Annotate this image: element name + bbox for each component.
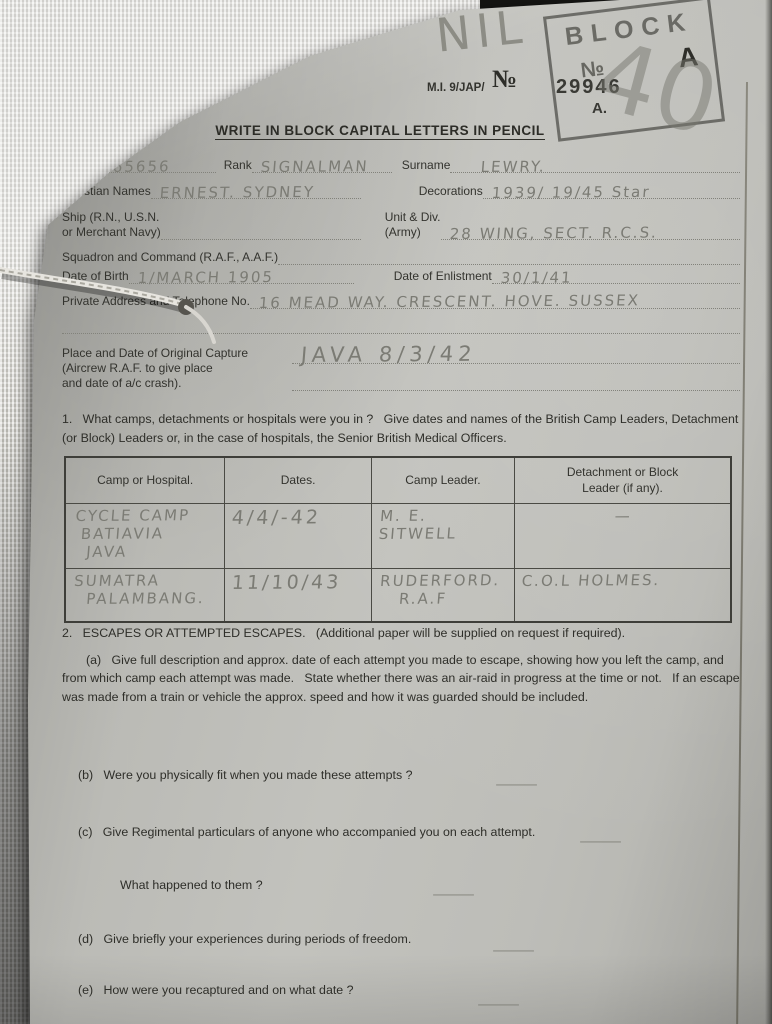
rank-field: SIGNALMAN bbox=[252, 157, 392, 173]
table-row: SUMATRA PALAMBANG. 11/10/43 RUDERFORD. R… bbox=[65, 569, 731, 623]
table-row: CYCLE CAMP BATIAVIA JAVA 4/4/-42 M. E. S… bbox=[65, 504, 731, 569]
service-no-field: 2365656 bbox=[81, 157, 216, 173]
camps-table: Camp or Hospital. Dates. Camp Leader. De… bbox=[64, 456, 732, 623]
service-no-label: No. bbox=[62, 158, 81, 173]
question-2c: (c) Give Regimental particulars of anyon… bbox=[78, 825, 535, 839]
question-2e: (e) How were you recaptured and on what … bbox=[78, 983, 354, 997]
paper-wrap: CONFIDENTIAL M.I. 9/JAP/ № 29946 A. BLOC… bbox=[0, 0, 772, 1024]
question-1: 1. What camps, detachments or hospitals … bbox=[62, 410, 740, 447]
capture-label: Place and Date of Original Capture (Airc… bbox=[62, 346, 292, 391]
decorations-label: Decorations bbox=[419, 184, 483, 199]
dates-value: 4/4/-42 bbox=[231, 507, 322, 530]
row-number-rank-surname: No. 2365656 Rank SIGNALMAN Surname LEWRY… bbox=[62, 157, 740, 173]
col-camp-or-hospital: Camp or Hospital. bbox=[65, 457, 225, 504]
unit-value: 28 WING, SECT. R.C.S. bbox=[449, 224, 659, 243]
leader-cell: RUDERFORD. R.A.F bbox=[371, 569, 514, 623]
question-2-section: 2. ESCAPES OR ATTEMPTED ESCAPES. (Additi… bbox=[62, 624, 740, 706]
unit-field: 28 WING, SECT. R.C.S. bbox=[441, 224, 741, 240]
enlistment-field: 30/1/41 bbox=[492, 268, 740, 284]
service-no-value: 2365656 bbox=[89, 157, 171, 176]
capture-field: JAVA 8/3/42 bbox=[292, 337, 740, 364]
particulars-section: No. 2365656 Rank SIGNALMAN Surname LEWRY… bbox=[62, 157, 740, 391]
camp-value: CYCLE CAMP BATIAVIA JAVA bbox=[72, 506, 191, 561]
unit-label: Unit & Div. (Army) bbox=[385, 210, 441, 240]
question-2d: (d) Give briefly your experiences during… bbox=[78, 932, 411, 946]
surname-label: Surname bbox=[402, 158, 451, 173]
enlistment-label: Date of Enlistment bbox=[394, 269, 492, 284]
form-page: CONFIDENTIAL M.I. 9/JAP/ № 29946 A. BLOC… bbox=[0, 0, 772, 1024]
decorations-field: 1939/ 19/45 Star bbox=[483, 183, 740, 199]
form-body: No. 2365656 Rank SIGNALMAN Surname LEWRY… bbox=[62, 62, 740, 1012]
camp-cell: CYCLE CAMP BATIAVIA JAVA bbox=[65, 504, 225, 569]
question-2-heading: 2. ESCAPES OR ATTEMPTED ESCAPES. (Additi… bbox=[62, 624, 740, 643]
dob-field: 1/MARCH 1905 bbox=[129, 268, 354, 284]
col-dates: Dates. bbox=[225, 457, 372, 504]
decorations-value: 1939/ 19/45 Star bbox=[491, 183, 651, 202]
row-capture: Place and Date of Original Capture (Airc… bbox=[62, 337, 740, 391]
question-2b: (b) Were you physically fit when you mad… bbox=[78, 768, 412, 782]
rank-label: Rank bbox=[224, 158, 252, 173]
row-address-continuation bbox=[62, 318, 740, 334]
address-field: 16 MEAD WAY. CRESCENT. HOVE. SUSSEX bbox=[250, 293, 740, 309]
pencil-dash-b: — bbox=[496, 774, 537, 794]
scanned-pow-questionnaire: CONFIDENTIAL M.I. 9/JAP/ № 29946 A. BLOC… bbox=[0, 0, 772, 1024]
leader-cell: M. E. SITWELL bbox=[371, 504, 514, 569]
row-squadron: Squadron and Command (R.A.F., A.A.F.) bbox=[62, 249, 740, 265]
address-label: Private Address and Telephone No. bbox=[62, 294, 250, 309]
christian-names-label: Christian Names bbox=[62, 184, 151, 199]
photo-right-edge bbox=[765, 0, 772, 1024]
pencil-dash-e: — bbox=[478, 994, 519, 1014]
pencil-dash-c: — bbox=[580, 831, 621, 851]
camp-cell: SUMATRA PALAMBANG. bbox=[65, 569, 225, 623]
ship-field bbox=[161, 224, 361, 240]
squadron-label: Squadron and Command (R.A.F., A.A.F.) bbox=[62, 250, 278, 265]
dob-value: 1/MARCH 1905 bbox=[137, 268, 275, 287]
capture-fields: JAVA 8/3/42 bbox=[292, 337, 740, 391]
squadron-field bbox=[278, 249, 740, 265]
detachment-value: C.O.L HOLMES. bbox=[521, 571, 661, 590]
address-continuation-line bbox=[62, 318, 740, 334]
camps-header-row: Camp or Hospital. Dates. Camp Leader. De… bbox=[65, 457, 731, 504]
pencil-nil-note: NIL bbox=[433, 0, 530, 63]
row-birth-enlistment: Date of Birth 1/MARCH 1905 Date of Enlis… bbox=[62, 268, 740, 284]
leader-value: RUDERFORD. R.A.F bbox=[378, 571, 501, 608]
col-detachment-leader: Detachment or Block Leader (if any). bbox=[515, 457, 731, 504]
dates-cell: 4/4/-42 bbox=[225, 504, 372, 569]
dob-label: Date of Birth bbox=[62, 269, 129, 284]
pencil-dash-d: — bbox=[493, 940, 534, 960]
dates-cell: 11/10/43 bbox=[225, 569, 372, 623]
enlistment-value: 30/1/41 bbox=[500, 268, 573, 287]
christian-names-field: ERNEST. SYDNEY bbox=[151, 183, 361, 199]
detachment-cell: — bbox=[515, 504, 731, 569]
question-2a: (a) Give full description and approx. da… bbox=[62, 651, 740, 707]
rank-value: SIGNALMAN bbox=[260, 157, 369, 176]
camp-value: SUMATRA PALAMBANG. bbox=[72, 571, 207, 608]
address-value: 16 MEAD WAY. CRESCENT. HOVE. SUSSEX bbox=[258, 291, 641, 312]
col-camp-leader: Camp Leader. bbox=[371, 457, 514, 504]
surname-value: LEWRY. bbox=[480, 158, 547, 176]
dates-value: 11/10/43 bbox=[231, 571, 342, 594]
detachment-cell: C.O.L HOLMES. bbox=[515, 569, 731, 623]
pencil-dash-c2: — bbox=[433, 884, 474, 904]
row-address: Private Address and Telephone No. 16 MEA… bbox=[62, 293, 740, 309]
capture-field-line2 bbox=[292, 364, 740, 391]
question-2c-followup: What happened to them ? bbox=[120, 878, 263, 892]
surname-field: LEWRY. bbox=[450, 157, 740, 173]
christian-names-value: ERNEST. SYDNEY bbox=[159, 183, 316, 202]
detachment-value: — bbox=[614, 507, 632, 525]
row-ship-unit: Ship (R.N., U.S.N. or Merchant Navy) Uni… bbox=[62, 210, 740, 240]
classification-heading: CONFIDENTIAL bbox=[65, 66, 181, 85]
ship-label: Ship (R.N., U.S.N. or Merchant Navy) bbox=[62, 210, 161, 240]
leader-value: M. E. SITWELL bbox=[378, 506, 511, 543]
row-christian-decorations: Christian Names ERNEST. SYDNEY Decoratio… bbox=[62, 183, 740, 199]
